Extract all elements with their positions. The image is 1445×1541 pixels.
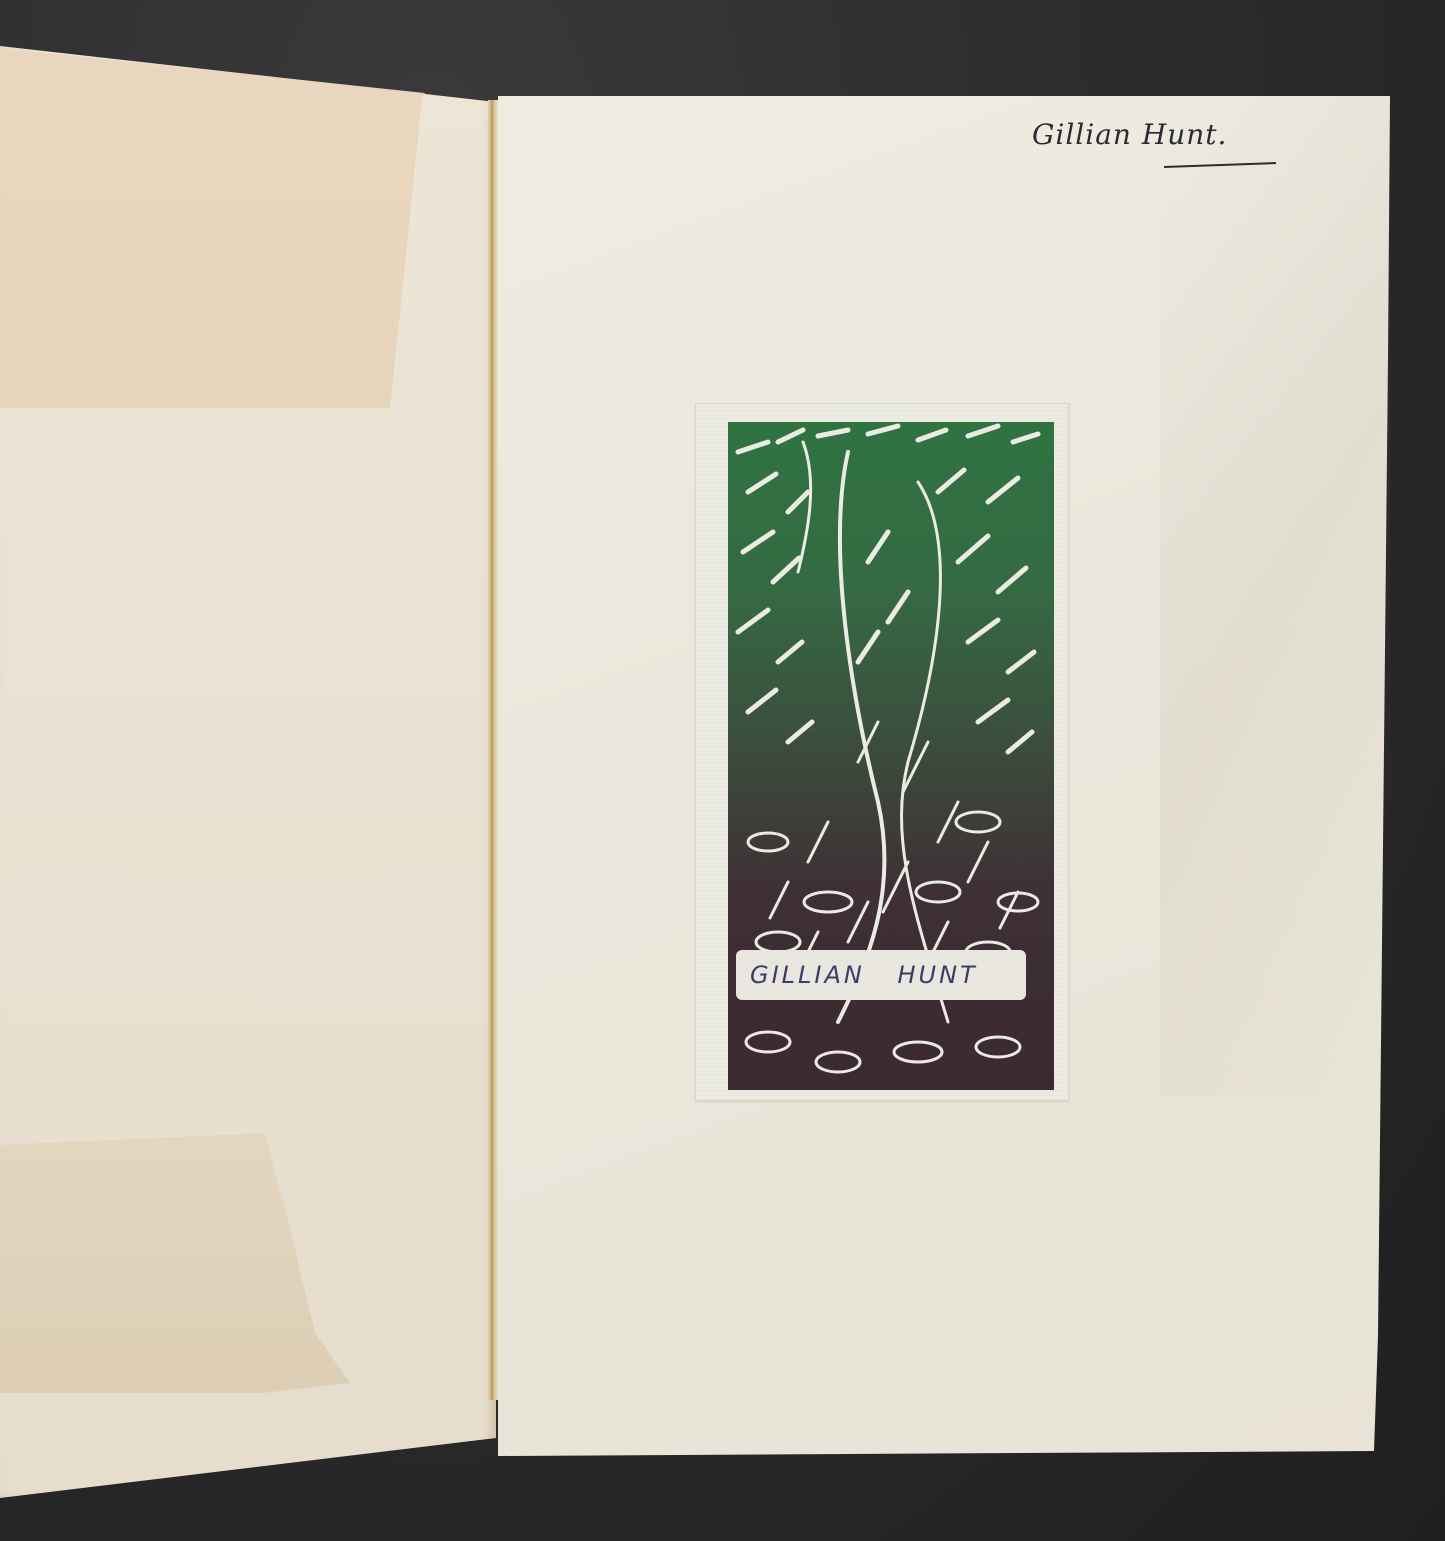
page-fold-shadow — [1160, 96, 1390, 1096]
tape-stain-top — [0, 48, 425, 408]
handwritten-signature: Gillian Hunt. — [1032, 118, 1272, 178]
bookplate-name-label: GILLIAN HUNT — [736, 950, 1026, 1000]
signature-text: Gillian Hunt. — [1032, 118, 1227, 151]
bookplate-name-text: GILLIAN HUNT — [736, 961, 978, 989]
book-gutter — [488, 100, 498, 1400]
signature-underline — [1164, 162, 1276, 168]
